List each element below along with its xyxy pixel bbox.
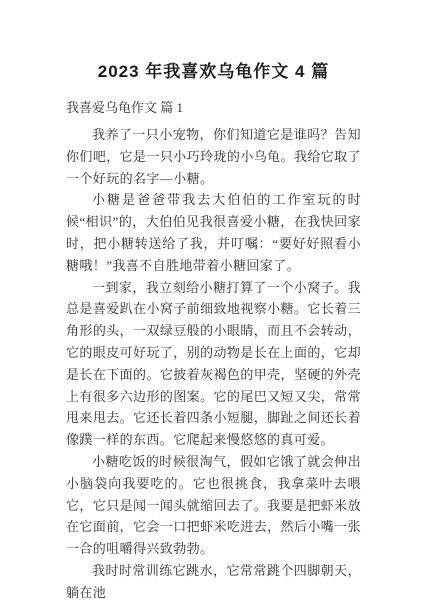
paragraph-5-truncated: 我时时常训练它跳水，它常常跳个四脚朝天，躺在池 bbox=[66, 560, 361, 600]
paragraph-2: 小糖是爸爸带我去大伯伯的工作室玩的时候“相识”的，大伯伯见我很喜爱小糖，在我快回… bbox=[66, 189, 361, 276]
document-page: 2023 年我喜欢乌龟作文 4 篇 我喜爱乌龟作文 篇 1 我养了一只小宠物，你… bbox=[0, 0, 424, 600]
paragraph-4: 小糖吃饭的时候很淘气，假如它饿了就会伸出小脑袋向我要吃的。它也很挑食，我拿菜叶去… bbox=[66, 451, 361, 560]
paragraph-1: 我养了一只小宠物，你们知道它是谁吗？告知你们吧，它是一只小巧玲珑的小乌龟。我给它… bbox=[66, 124, 361, 189]
section-heading-essay-1: 我喜爱乌龟作文 篇 1 bbox=[66, 99, 361, 117]
document-title: 2023 年我喜欢乌龟作文 4 篇 bbox=[66, 60, 361, 84]
paragraph-3: 一到家，我立刻给小糖打算了一个小窝子。我总是喜爱趴在小窝子前细致地视察小糖。它长… bbox=[66, 277, 361, 451]
